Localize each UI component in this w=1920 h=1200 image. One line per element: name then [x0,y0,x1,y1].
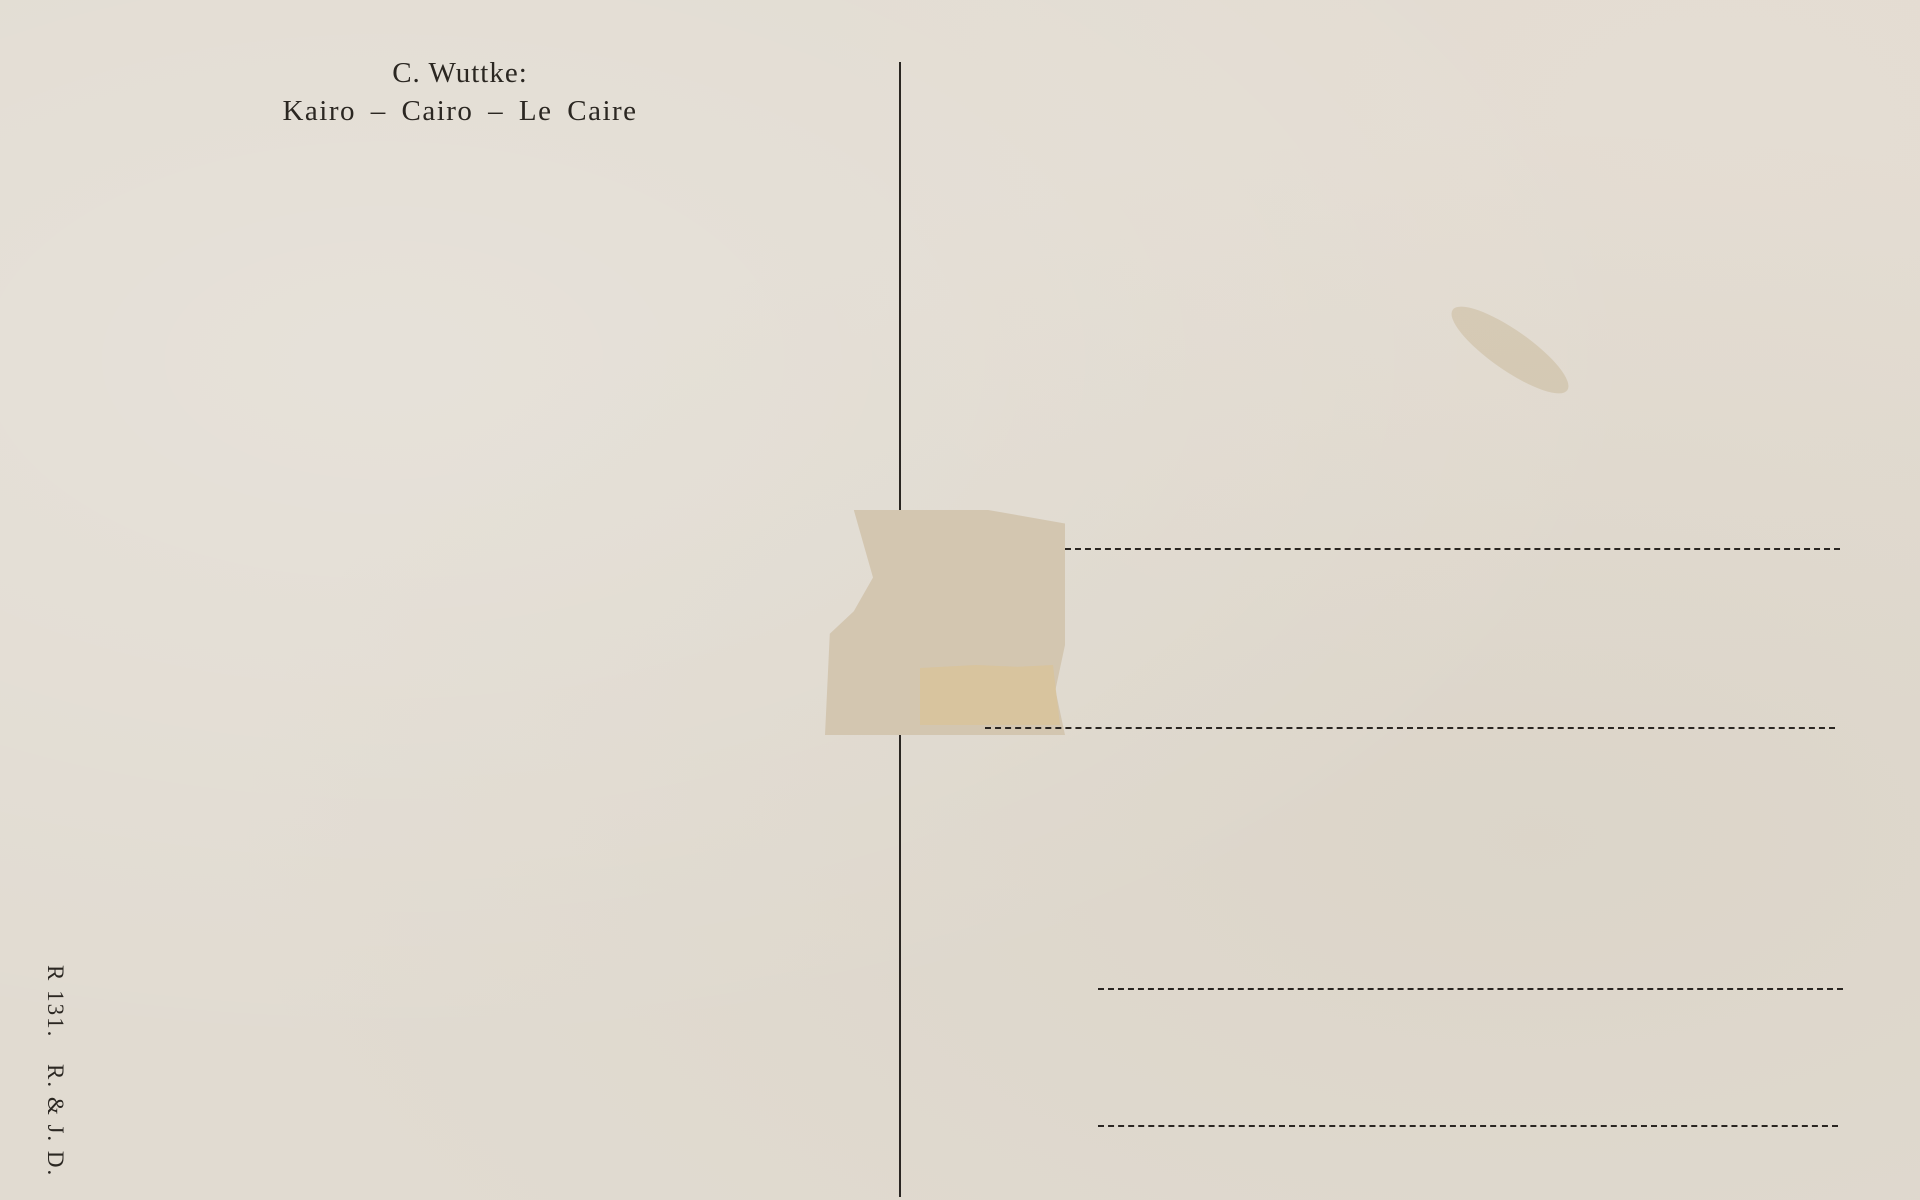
address-line-1 [1065,548,1840,550]
printer-imprint: R 131. R. & J. D. [42,965,68,1195]
series-number: R 131. [43,965,68,1038]
postcard-back: C. Wuttke: Kairo – Cairo – Le Caire R 13… [0,0,1920,1200]
tape-remnant [920,665,1060,725]
address-line-2 [985,727,1835,729]
printer-initials: R. & J. D. [43,1064,68,1177]
address-line-4 [1098,1125,1838,1127]
stain-mark [1441,293,1579,406]
publisher-name: C. Wuttke: [250,55,670,93]
postcard-title: Kairo – Cairo – Le Caire [250,93,670,131]
address-line-3 [1098,988,1843,990]
postcard-header: C. Wuttke: Kairo – Cairo – Le Caire [250,55,670,130]
